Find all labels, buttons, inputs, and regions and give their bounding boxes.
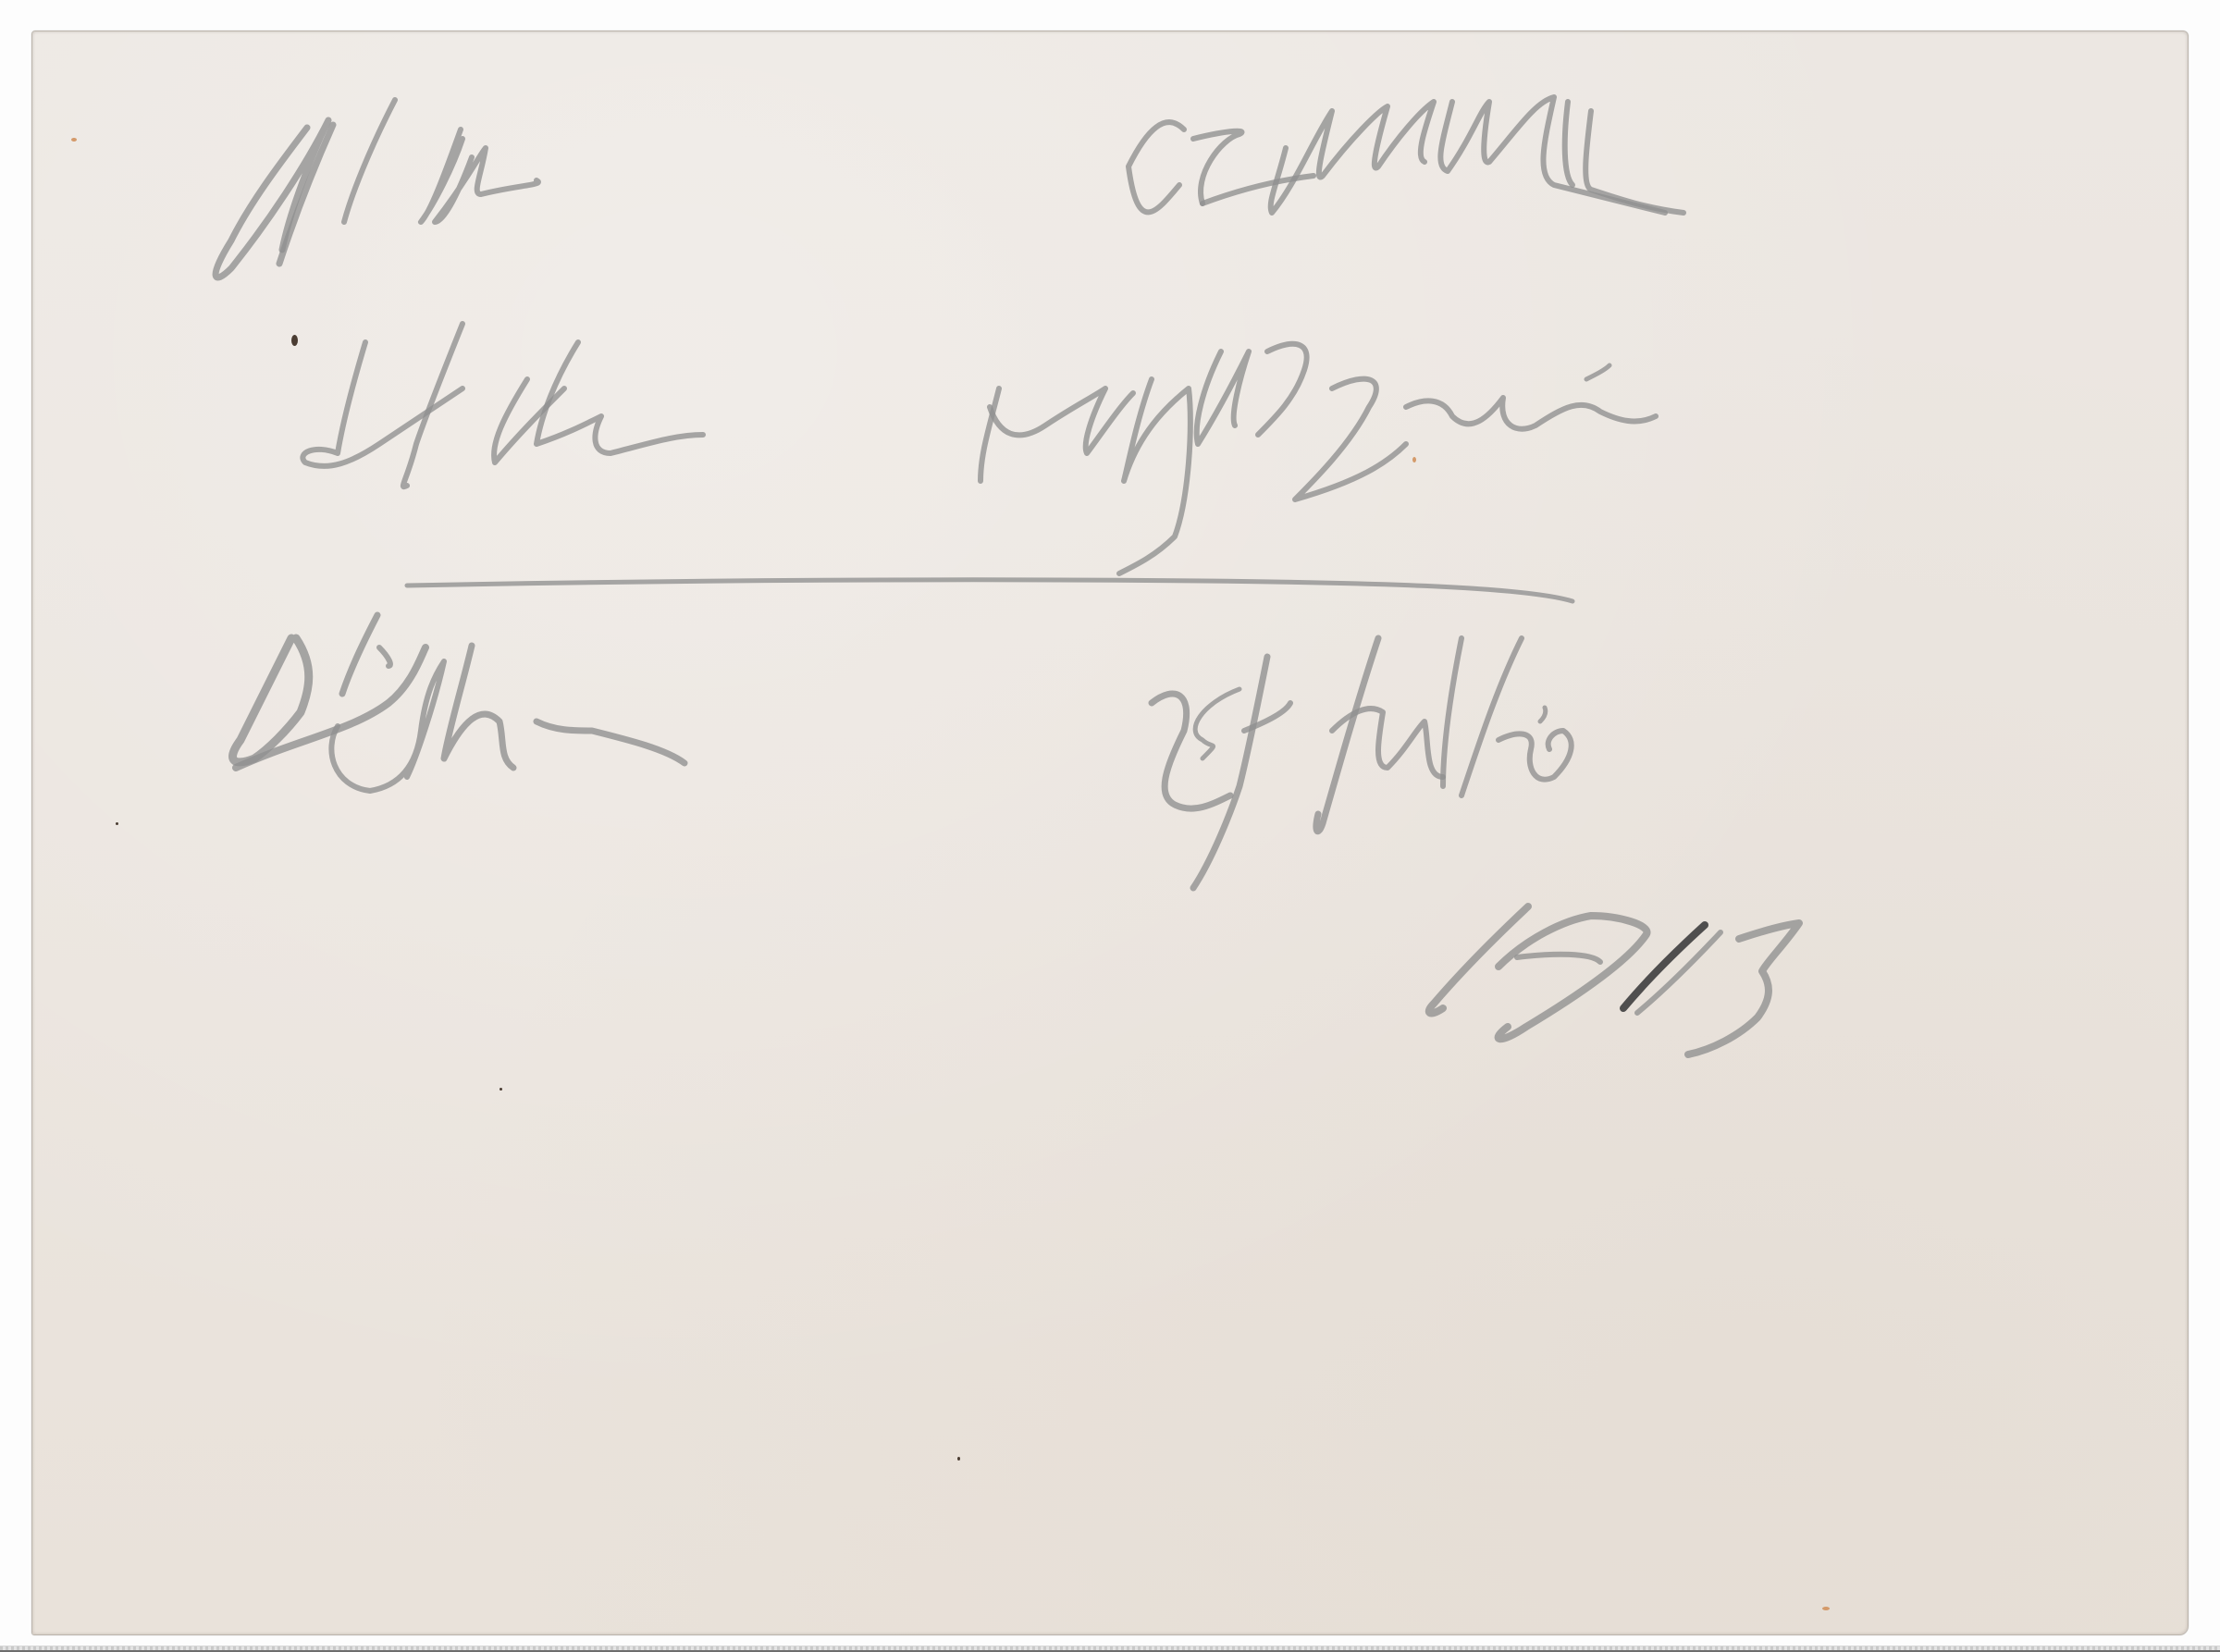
card-edge bbox=[32, 31, 2188, 1634]
foxing-spot bbox=[71, 138, 77, 142]
dust-speck bbox=[499, 1088, 502, 1091]
dust-speck bbox=[957, 1457, 960, 1461]
foxing-spot bbox=[1822, 1607, 1830, 1610]
dust-speck bbox=[116, 822, 118, 825]
card-back bbox=[31, 31, 2189, 1635]
scan-background: Pila ...ndemlk Lola ... d'Baiãa St. Alva… bbox=[0, 0, 2220, 1652]
scanner-edge-strip bbox=[0, 1646, 2220, 1652]
ink-speck bbox=[291, 335, 298, 346]
foxing-spot bbox=[1412, 457, 1416, 462]
